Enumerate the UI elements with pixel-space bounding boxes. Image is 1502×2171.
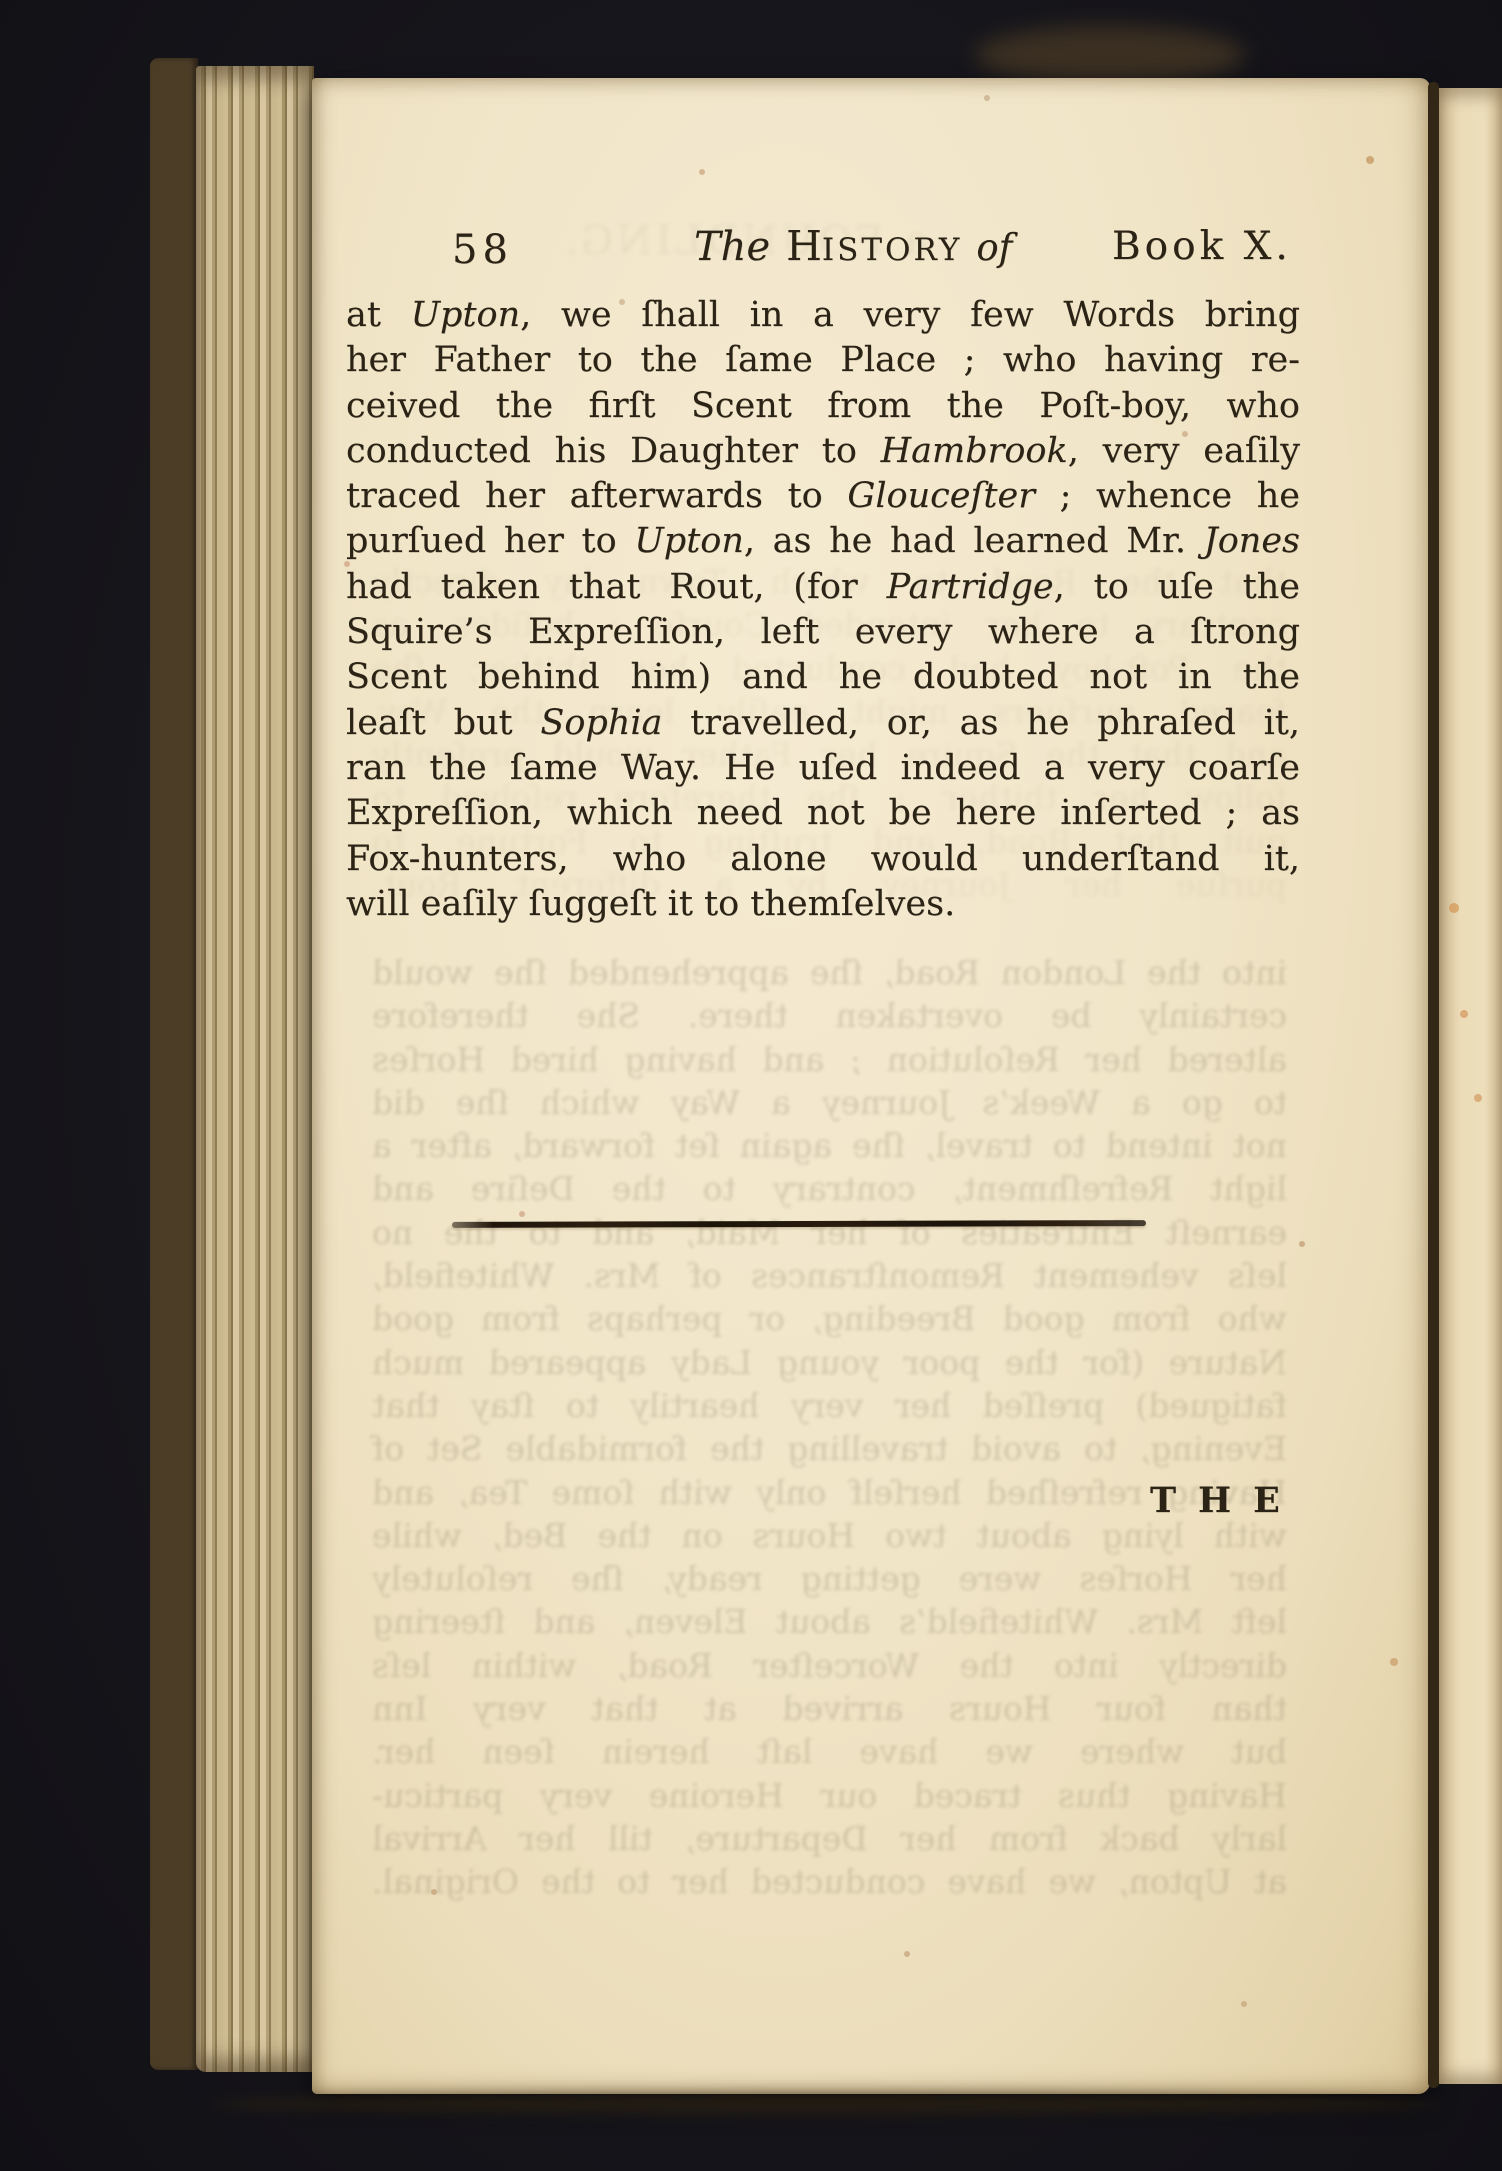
body-line: purſued her to Upton, as he had learned … <box>346 519 1300 564</box>
body-line: ceived the firſt Scent from the Poſt-boy… <box>346 384 1300 429</box>
body-line: leaſt but Sophia travelled, or, as he ph… <box>346 701 1300 746</box>
page-gutter-crease <box>1428 82 1439 2088</box>
body-text-run: had taken that Rout, (for <box>346 567 887 607</box>
body-line: Fox-hunters, who alone would underſtand … <box>346 837 1300 882</box>
body-text-run: Squire’s Expreſſion, left every where a … <box>346 612 1300 652</box>
running-title-of: of <box>976 226 1012 269</box>
body-text-run: her Father to the ſame Place ; who havin… <box>346 340 1300 380</box>
body-line: traced her afterwards to Glouceſter ; wh… <box>346 474 1300 519</box>
body-italic-word: Sophia <box>540 703 662 743</box>
body-line: Expreſſion, which need not be here inſer… <box>346 791 1300 836</box>
body-text: at Upton, we ſhall in a very few Words b… <box>346 293 1300 927</box>
running-title: TheHISTORYof <box>694 222 1012 270</box>
body-text-run: , as he had learned Mr. <box>744 521 1204 561</box>
running-title-the: The <box>694 224 770 270</box>
body-text-run: will eaſily ſuggeſt it to themſelves. <box>346 884 955 924</box>
body-italic-word: Jones <box>1204 521 1300 561</box>
body-line: conducted his Daughter to Hambrook, very… <box>346 429 1300 474</box>
body-italic-word: Upton <box>411 295 521 335</box>
catchword: THE <box>1150 1480 1302 1521</box>
body-text-run: ; whence he <box>1035 476 1300 516</box>
foxing-specks <box>0 0 4 4</box>
body-line: will eaſily ſuggeſt it to themſelves. <box>346 882 1300 927</box>
body-line: Squire’s Expreſſion, left every where a … <box>346 610 1300 655</box>
body-text-run: ran the ſame Way. He uſed indeed a very … <box>346 748 1300 788</box>
body-text-run: traced her afterwards to <box>346 476 847 516</box>
body-text-run: Scent behind him) and he doubted not in … <box>346 657 1300 697</box>
adjacent-page-sliver <box>1439 88 1502 2084</box>
body-text-run: conducted his Daughter to <box>346 431 881 471</box>
body-text-run: Expreſſion, which need not be here inſer… <box>346 793 1300 833</box>
body-text-run: travelled, or, as he phraſed it, <box>662 703 1300 743</box>
running-title-history-initial: H <box>786 222 822 270</box>
body-text-run: , to uſe the <box>1054 567 1300 607</box>
body-text-run: , very eaſily <box>1068 431 1300 471</box>
book-cover-top-edge <box>975 26 1245 84</box>
page-number: 58 <box>452 227 513 273</box>
book-bottom-shadow <box>210 2094 1440 2114</box>
body-text-run: , we ſhall in a very few Words bring <box>520 295 1300 335</box>
body-text-run: purſued her to <box>346 521 634 561</box>
body-line: at Upton, we ſhall in a very few Words b… <box>346 293 1300 338</box>
body-line: Scent behind him) and he doubted not in … <box>346 655 1300 700</box>
book-binding-edge <box>150 58 198 2070</box>
body-italic-word: Hambrook <box>881 431 1068 471</box>
body-text-run: ceived the firſt Scent from the Poſt-boy… <box>346 386 1300 426</box>
book-number: Book X. <box>1112 224 1292 269</box>
body-line: ran the ſame Way. He uſed indeed a very … <box>346 746 1300 791</box>
scanned-book-photo: a FOUNDLING. that the Road to which Town… <box>0 0 1502 2171</box>
running-title-history: ISTORY <box>822 232 962 268</box>
body-line: her Father to the ſame Place ; who havin… <box>346 338 1300 383</box>
body-italic-word: Upton <box>634 521 744 561</box>
body-text-run: at <box>346 295 411 335</box>
body-italic-word: Partridge <box>887 567 1054 607</box>
page-stack-fore-edge <box>196 66 314 2072</box>
body-line: had taken that Rout, (for Partridge, to … <box>346 565 1300 610</box>
body-italic-word: Glouceſter <box>847 476 1035 516</box>
body-text-run: leaſt but <box>346 703 540 743</box>
body-text-run: Fox-hunters, who alone would underſtand … <box>346 839 1300 879</box>
